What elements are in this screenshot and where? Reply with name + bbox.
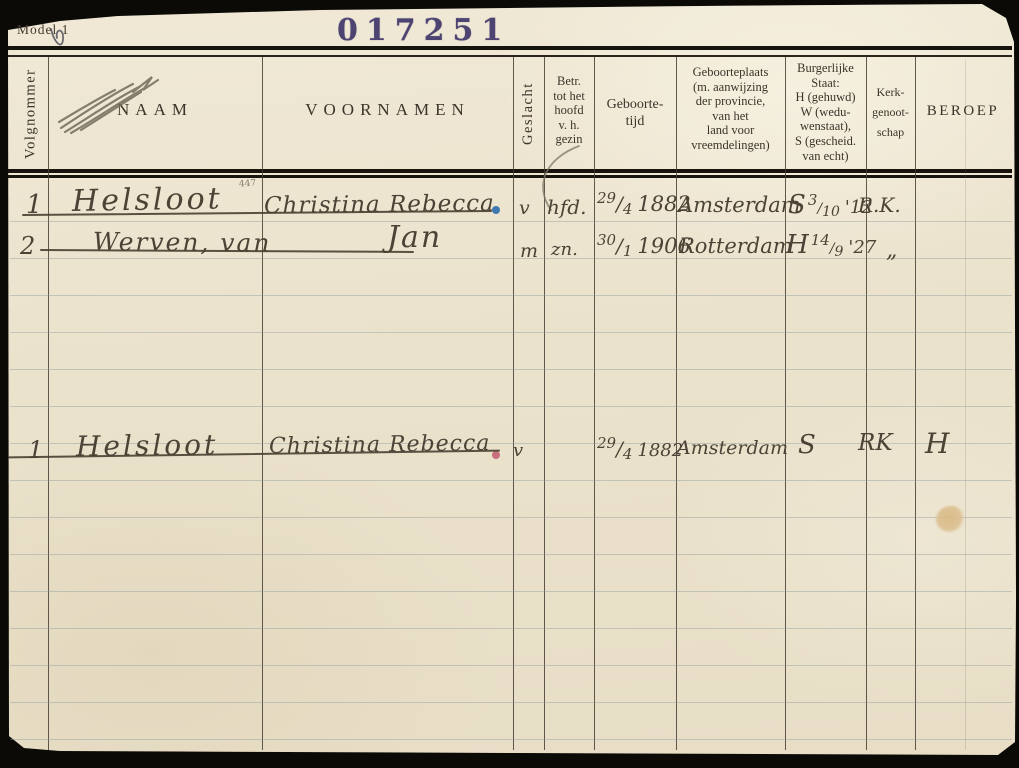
- paper-stain: [936, 506, 964, 532]
- pencil-scribble: [55, 70, 170, 140]
- row2-betrekking: zn.: [551, 239, 578, 260]
- row2-geboortetijd: 30/11906: [597, 234, 691, 258]
- reentry-naam: Helsloot: [76, 428, 219, 463]
- red-ink-dot: [492, 451, 500, 459]
- reentry-geboorteplaats: Amsterdam: [677, 437, 788, 459]
- reentry-geboortetijd: 29/41882: [597, 437, 683, 461]
- row2-burgerlijke-staat: H14/9'27: [786, 230, 876, 260]
- column-header-beroep: BEROEP: [915, 58, 1011, 170]
- reentry-geslacht: v: [513, 440, 523, 461]
- row2-voornamen: Jan: [387, 220, 442, 255]
- column-header-geboorteplaats: Geboorteplaats (m. aanwijzing der provin…: [676, 58, 785, 170]
- column-header-burgerlijke-staat: Burgerlijke Staat: H (gehuwd) W (wedu- w…: [785, 58, 866, 170]
- pencil-annotation: 447: [239, 178, 257, 189]
- header-bottom-rule-2: [8, 175, 1012, 178]
- reentry-volgnommer: 1: [28, 436, 43, 464]
- row2-volgnommer: 2: [20, 232, 35, 260]
- serial-number-stamp: 017251: [337, 13, 510, 48]
- top-rule-thick: [8, 46, 1012, 50]
- reentry-beroep: H: [925, 427, 949, 460]
- column-header-geboortetijd: Geboorte- tijd: [594, 58, 676, 170]
- row1-voornamen: Christina Rebecca: [264, 191, 495, 219]
- row1-geslacht: v: [519, 197, 530, 219]
- row2-geboorteplaats: Rotterdam: [679, 234, 793, 258]
- column-header-voornamen: VOORNAMEN: [262, 58, 513, 170]
- row2-naam: Werven, van: [93, 227, 272, 258]
- column-header-volgnommer: Volgnommer: [14, 58, 48, 170]
- row1-kerkgenootschap: R.K.: [858, 193, 901, 217]
- reentry-voornamen: Christina Rebecca: [269, 431, 491, 459]
- blue-ink-dot: [492, 206, 500, 214]
- top-rule-thin: [8, 55, 1012, 57]
- row1-geboorteplaats: Amsterdam: [678, 193, 801, 217]
- column-header-kerkgenootschap: Kerk- genoot- schap: [866, 58, 915, 170]
- row2-kerkgenootschap-ditto: „: [886, 238, 897, 263]
- row1-betrekking: hfd.: [547, 195, 586, 219]
- row1-geboortetijd: 29/41882: [597, 192, 691, 216]
- reentry-burgerlijke-staat: S: [798, 430, 816, 460]
- row2-geslacht: m: [520, 240, 538, 262]
- reentry-kerkgenootschap: RK: [858, 430, 893, 456]
